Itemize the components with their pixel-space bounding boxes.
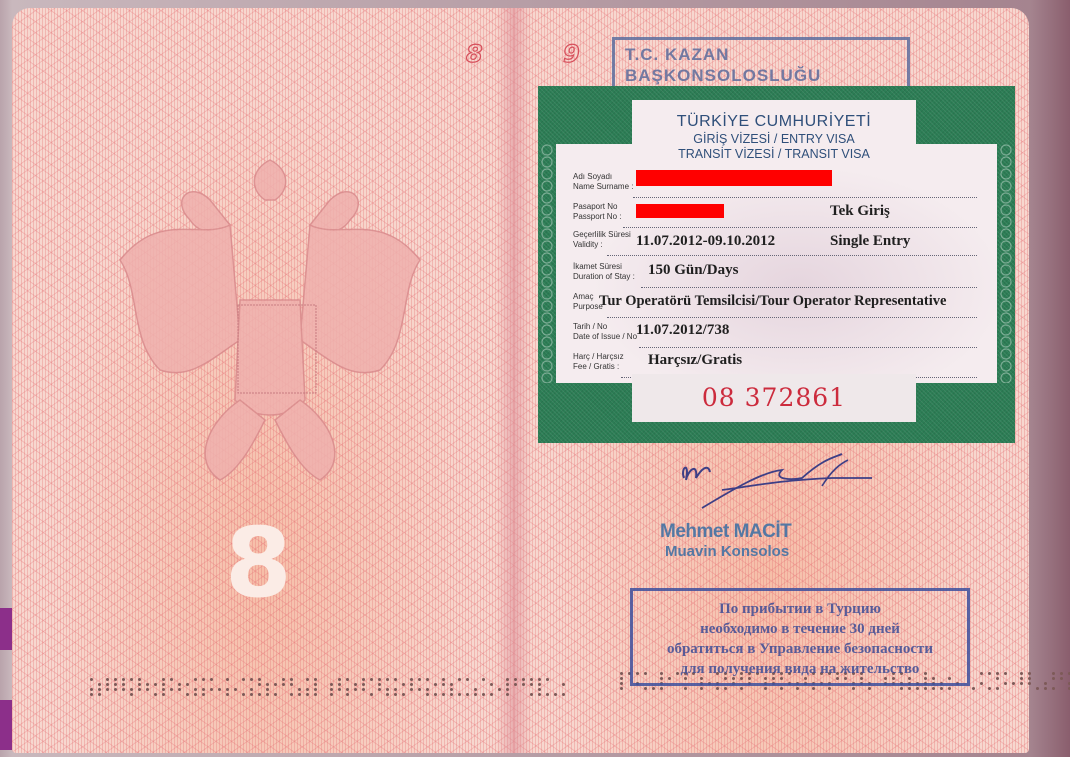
stamp-line: необходимо в течение 30 дней <box>633 619 967 639</box>
field-label-tr: İkamet Süresi <box>573 262 622 271</box>
entry-type-tr: Tek Giriş <box>830 203 890 220</box>
fee-value: Harçsız/Gratis <box>648 352 742 369</box>
guilloche-border-right <box>997 144 1015 383</box>
visa-field-area: Adı SoyadıName Surname : Pasaport NoPass… <box>556 144 997 383</box>
field-label-en: Passport No : <box>573 212 621 221</box>
stamp-line: обратиться в Управление безопасности <box>633 639 967 659</box>
dotted-line <box>607 255 977 256</box>
field-duration: İkamet SüresiDuration of Stay : 150 Gün/… <box>573 260 983 290</box>
dotted-line <box>641 287 977 288</box>
large-page-numeral: 8 <box>225 515 292 611</box>
visa-sticker: Adı SoyadıName Surname : Pasaport NoPass… <box>538 86 1015 443</box>
field-label-en: Duration of Stay : <box>573 272 635 281</box>
field-label-en: Fee / Gratis : <box>573 362 619 371</box>
double-headed-eagle-icon <box>100 140 440 500</box>
consulate-stamp: T.C. KAZAN BAŞKONSOLOSLUĞU TURKISH CONSU… <box>612 37 910 89</box>
field-label-tr: Amaç <box>573 292 593 301</box>
bookmark-tab <box>0 700 12 750</box>
field-passport-no: Pasaport NoPassport No : Tek Giriş <box>573 200 983 230</box>
field-label-tr: Geçerlilik Süresi <box>573 230 631 239</box>
validity-value: 11.07.2012-09.10.2012 <box>636 233 775 250</box>
stamp-line: для получения вида на жительство <box>633 659 967 679</box>
field-name-surname: Adı SoyadıName Surname : <box>573 170 983 200</box>
redaction-bar <box>636 170 832 186</box>
bookmark-tab <box>0 608 12 650</box>
duration-value: 150 Gün/Days <box>648 262 738 279</box>
consulate-stamp-line1: T.C. KAZAN BAŞKONSOLOSLUĞU <box>625 44 907 86</box>
dotted-line <box>633 197 977 198</box>
dotted-line <box>607 317 977 318</box>
field-label-en: Validity : <box>573 240 603 249</box>
registration-notice-stamp: По прибытии в Турцию необходимо в течени… <box>630 588 970 686</box>
field-label-en: Name Surname : <box>573 182 633 191</box>
page-number-left: 8 <box>466 40 483 68</box>
officer-title: Muavin Konsolos <box>665 542 791 562</box>
visa-country-title: TÜRKİYE CUMHURİYETİ <box>632 113 916 131</box>
field-purpose: AmaçPurpose Tur Operatörü Temsilcisi/Tou… <box>573 290 1013 320</box>
page-number-right: 9 <box>563 40 580 68</box>
field-validity: Geçerlilik SüresiValidity : 11.07.2012-0… <box>573 228 983 258</box>
field-label-tr: Harç / Harçsız <box>573 352 624 361</box>
visa-type-transit: TRANSİT VİZESİ / TRANSIT VISA <box>632 147 916 162</box>
purpose-value: Tur Operatörü Temsilcisi/Tour Operator R… <box>599 293 946 310</box>
visa-type-entry: GİRİŞ VİZESİ / ENTRY VISA <box>632 132 916 147</box>
guilloche-border-left <box>538 144 556 383</box>
redaction-bar <box>636 204 724 218</box>
officer-name: Mehmet MACİT <box>660 522 791 542</box>
passport-gutter <box>496 8 532 753</box>
visa-serial-number: 08 372861 <box>632 374 916 422</box>
officer-stamp: Mehmet MACİT Muavin Konsolos <box>660 522 791 562</box>
dotted-line <box>639 347 977 348</box>
entry-type-en: Single Entry <box>830 233 910 250</box>
field-date-of-issue: Tarih / NoDate of Issue / No 11.07.2012/… <box>573 320 983 350</box>
perforated-serial <box>90 678 568 696</box>
date-of-issue-value: 11.07.2012/738 <box>636 322 729 339</box>
field-label-tr: Tarih / No <box>573 322 607 331</box>
field-label-en: Date of Issue / No <box>573 332 637 341</box>
field-label-tr: Adı Soyadı <box>573 172 612 181</box>
stamp-line: По прибытии в Турцию <box>633 599 967 619</box>
visa-serial-panel: 08 372861 <box>632 374 916 422</box>
field-label-tr: Pasaport No <box>573 202 617 211</box>
visa-header: TÜRKİYE CUMHURİYETİ GİRİŞ VİZESİ / ENTRY… <box>632 100 916 170</box>
signature-icon <box>672 450 892 520</box>
